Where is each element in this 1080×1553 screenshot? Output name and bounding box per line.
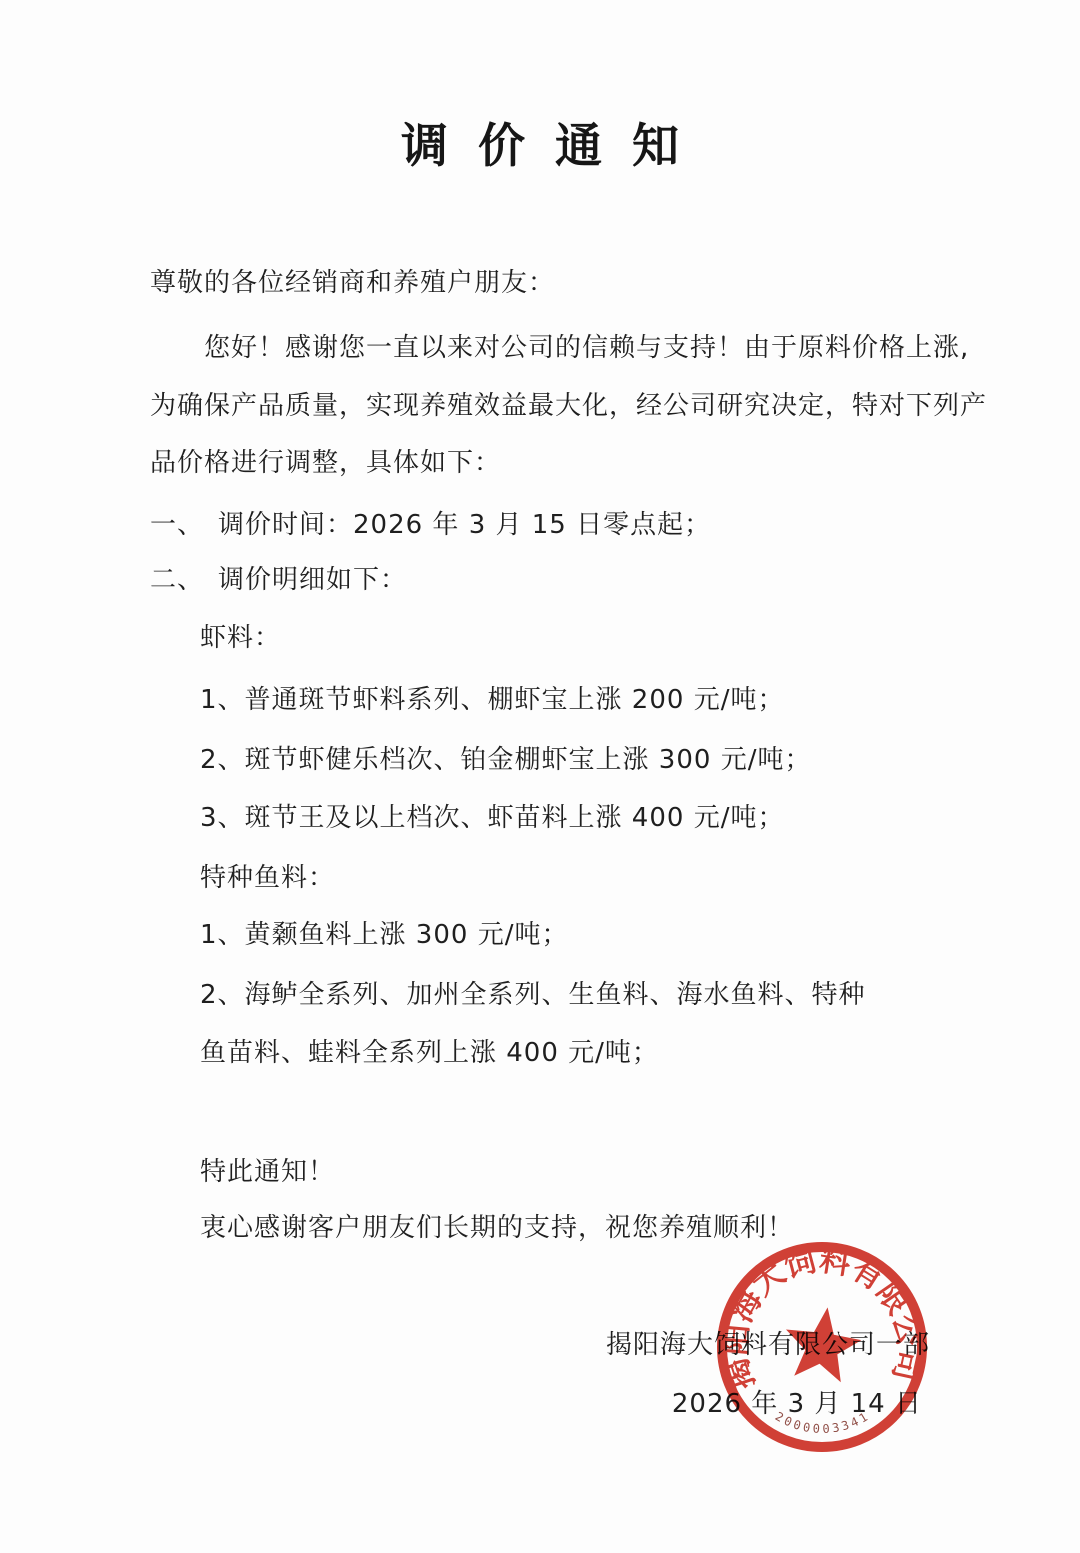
seal-star-icon: [786, 1307, 861, 1382]
seal-serial-holder: 2000003341: [773, 1408, 873, 1436]
list-text-1: 调价时间：2026 年 3 月 15 日零点起；: [218, 496, 711, 554]
seal-ring-text: 揭阳海大饲料有限公司: [715, 1240, 929, 1395]
closing-notice: 特此通知！: [200, 1143, 335, 1201]
document-title: 调价通知: [0, 112, 1080, 182]
seal-serial-number: 2000003341: [773, 1408, 873, 1436]
fish-section-heading: 特种鱼料：: [200, 849, 335, 907]
seal-ring-text-holder: 揭阳海大饲料有限公司: [715, 1240, 929, 1395]
list-text-2: 调价明细如下：: [218, 551, 407, 609]
fish-item-1: 1、黄颡鱼料上涨 300 元/吨；: [200, 906, 568, 964]
intro-line-1: 您好！感谢您一直以来对公司的信赖与支持！由于原料价格上涨,: [204, 319, 969, 377]
price-adjustment-notice: 调价通知 尊敬的各位经销商和养殖户朋友： 您好！感谢您一直以来对公司的信赖与支持…: [0, 0, 1080, 1553]
intro-line-3: 品价格进行调整，具体如下：: [150, 434, 501, 492]
shrimp-item-2: 2、斑节虾健乐档次、铂金棚虾宝上涨 300 元/吨；: [200, 731, 811, 789]
intro-line-2: 为确保产品质量，实现养殖效益最大化，经公司研究决定，特对下列产: [150, 377, 987, 435]
shrimp-item-3: 3、斑节王及以上档次、虾苗料上涨 400 元/吨；: [200, 789, 784, 847]
salutation: 尊敬的各位经销商和养殖户朋友：: [150, 254, 555, 312]
list-marker-2: 二、: [150, 551, 218, 609]
list-item-time: 一、 调价时间：2026 年 3 月 15 日零点起；: [150, 496, 711, 554]
shrimp-item-1: 1、普通斑节虾料系列、棚虾宝上涨 200 元/吨；: [200, 671, 784, 729]
company-seal: 揭阳海大饲料有限公司 2000003341: [672, 1197, 972, 1497]
fish-item-2: 2、海鲈全系列、加州全系列、生鱼料、海水鱼料、特种: [200, 966, 866, 1024]
shrimp-section-heading: 虾料：: [200, 609, 281, 667]
list-marker-1: 一、: [150, 496, 218, 554]
fish-item-2-continued: 鱼苗料、蛙料全系列上涨 400 元/吨；: [200, 1024, 659, 1082]
list-item-details: 二、 调价明细如下：: [150, 551, 407, 609]
